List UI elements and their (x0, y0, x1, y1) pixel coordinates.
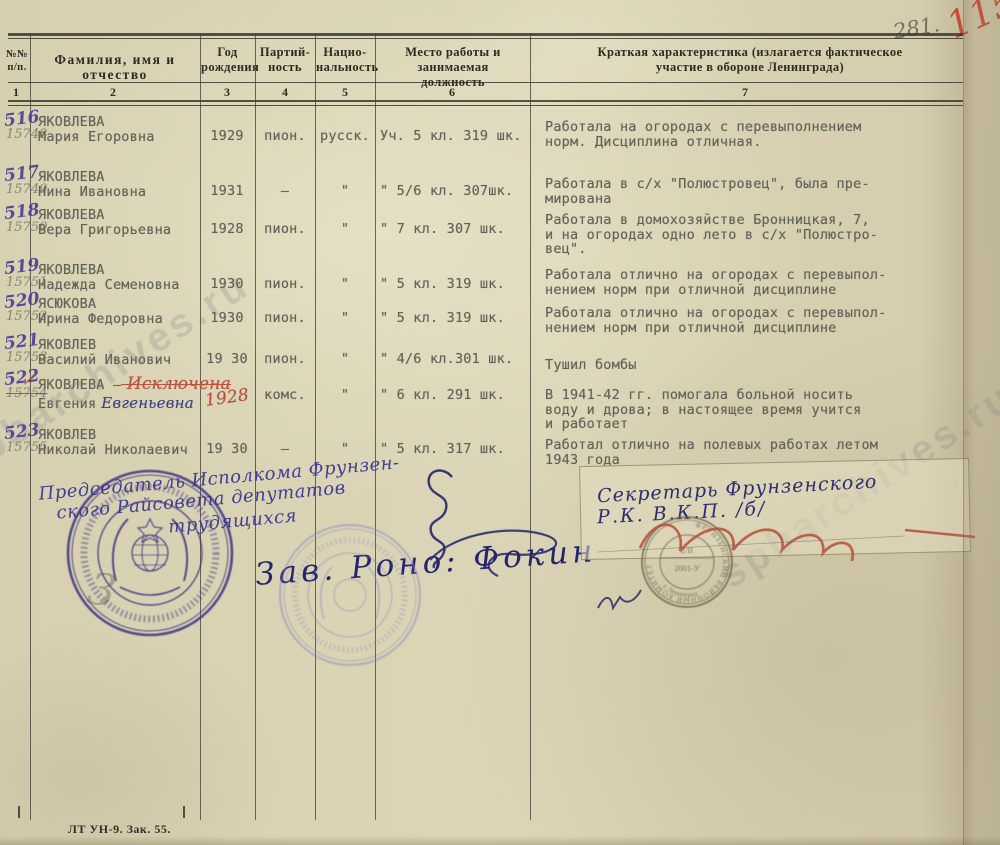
registration-mark (183, 806, 185, 818)
signature-red (640, 525, 853, 561)
signature-scribble-blue (429, 471, 452, 568)
signature-flourish-blue (430, 531, 556, 576)
document-page: spbarchives.ru spbarchives.ru 115 281. №… (0, 0, 1000, 845)
registration-mark (18, 806, 20, 818)
signatures-layer (0, 0, 1000, 845)
form-footer: ЛТ УН-9. Зак. 55. (68, 822, 171, 837)
paper-edge (963, 0, 1000, 845)
paper-edge-bottom (0, 836, 1000, 845)
signature-mark-blue (598, 590, 641, 608)
